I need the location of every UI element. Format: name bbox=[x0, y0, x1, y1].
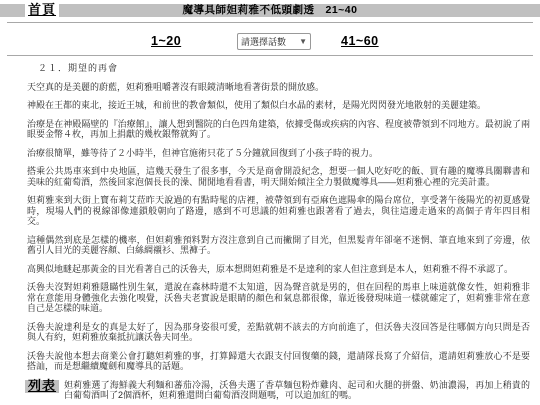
chevron-down-icon: ▼ bbox=[299, 38, 307, 46]
prev-episodes-link[interactable]: 1~20 bbox=[151, 34, 181, 48]
paragraph: 妲莉雅來到大街上寶布莉艾菈昨天說過的有點時髦的店裡，被帶領到有亞麻色遮陽傘的陽台… bbox=[27, 195, 530, 227]
paragraph-list: 天空真的是美麗的蔚藍，妲莉雅咀嚼著沒有眼鏡清晰地看著街景的開放感。神殿在王都的東… bbox=[27, 82, 530, 372]
paragraph: 沃魯夫說達利是女的真是太好了，因為那身姿很可愛，差點就朝不該去的方向前進了，但沃… bbox=[27, 322, 530, 343]
list-link[interactable]: 列表 bbox=[28, 378, 56, 393]
next-episodes-link[interactable]: 41~60 bbox=[341, 34, 379, 48]
home-link-box[interactable]: 首頁 bbox=[25, 0, 59, 17]
list-link-box[interactable]: 列表 bbox=[25, 380, 59, 394]
paragraph: 搭乘公共馬車來到中央地區，這幾天發生了很多事，今天是商會開設紀念，想要一個人吃好… bbox=[27, 166, 530, 187]
divider-top bbox=[7, 22, 533, 23]
chapter-content: ２１．期望的再會 天空真的是美麗的蔚藍，妲莉雅咀嚼著沒有眼鏡清晰地看著街景的開放… bbox=[27, 63, 530, 401]
paragraph: 妲莉雅選了海鮮義大利麵和蕃茄冷湯，沃魯夫選了香草麵包粉炸雞肉、起司和火腿的拼盤、… bbox=[64, 380, 530, 401]
page-title: 魔導具師妲莉雅不低頭劇透 21~40 bbox=[0, 3, 540, 16]
paragraph: 治療是在神殿隔壁的『治療館』，讓人想到醫院的白色四角建築，依據受傷或疾病的內容、… bbox=[27, 119, 530, 140]
paragraph: 沃魯夫沒對妲莉雅隱瞞性別生氣，還說在森林時還不太知道，因為聲音就是男的，但在回程… bbox=[27, 282, 530, 314]
footer-row: 列表 妲莉雅選了海鮮義大利麵和蕃茄冷湯，沃魯夫選了香草麵包粉炸雞肉、起司和火腿的… bbox=[27, 380, 530, 401]
divider-nav bbox=[7, 55, 533, 56]
paragraph: 神殿在王都的東北，接近王城，和前世的教會類似，使用了類似白水晶的素材，是陽光閃閃… bbox=[27, 100, 530, 111]
paragraph: 沃魯夫說他本想去商業公會打聽妲莉雅的事，打算歸還大衣跟支付回復藥的錢，還請隊長寫… bbox=[27, 351, 530, 372]
chapter-heading: ２１．期望的再會 bbox=[38, 63, 530, 74]
home-link[interactable]: 首頁 bbox=[28, 0, 56, 18]
paragraph: 這種偶然到底是怎樣的機率，但妲莉雅預料對方沒注意到自己而撇開了目光，但黑髮青年卻… bbox=[27, 235, 530, 256]
episode-select[interactable]: 請選擇話數 ▼ bbox=[237, 33, 311, 50]
paragraph: 治療很簡單，雖等待了２小時半，但神官施術只花了５分鐘就回復到了小孩子時的視力。 bbox=[27, 148, 530, 159]
episode-select-value: 請選擇話數 bbox=[241, 35, 286, 48]
paragraph: 高興似地瞇起那黃金的目光看著自己的沃魯夫，原本想問妲莉雅是不是達利的家人但注意到… bbox=[27, 264, 530, 275]
paragraph: 天空真的是美麗的蔚藍，妲莉雅咀嚼著沒有眼鏡清晰地看著街景的開放感。 bbox=[27, 82, 530, 93]
